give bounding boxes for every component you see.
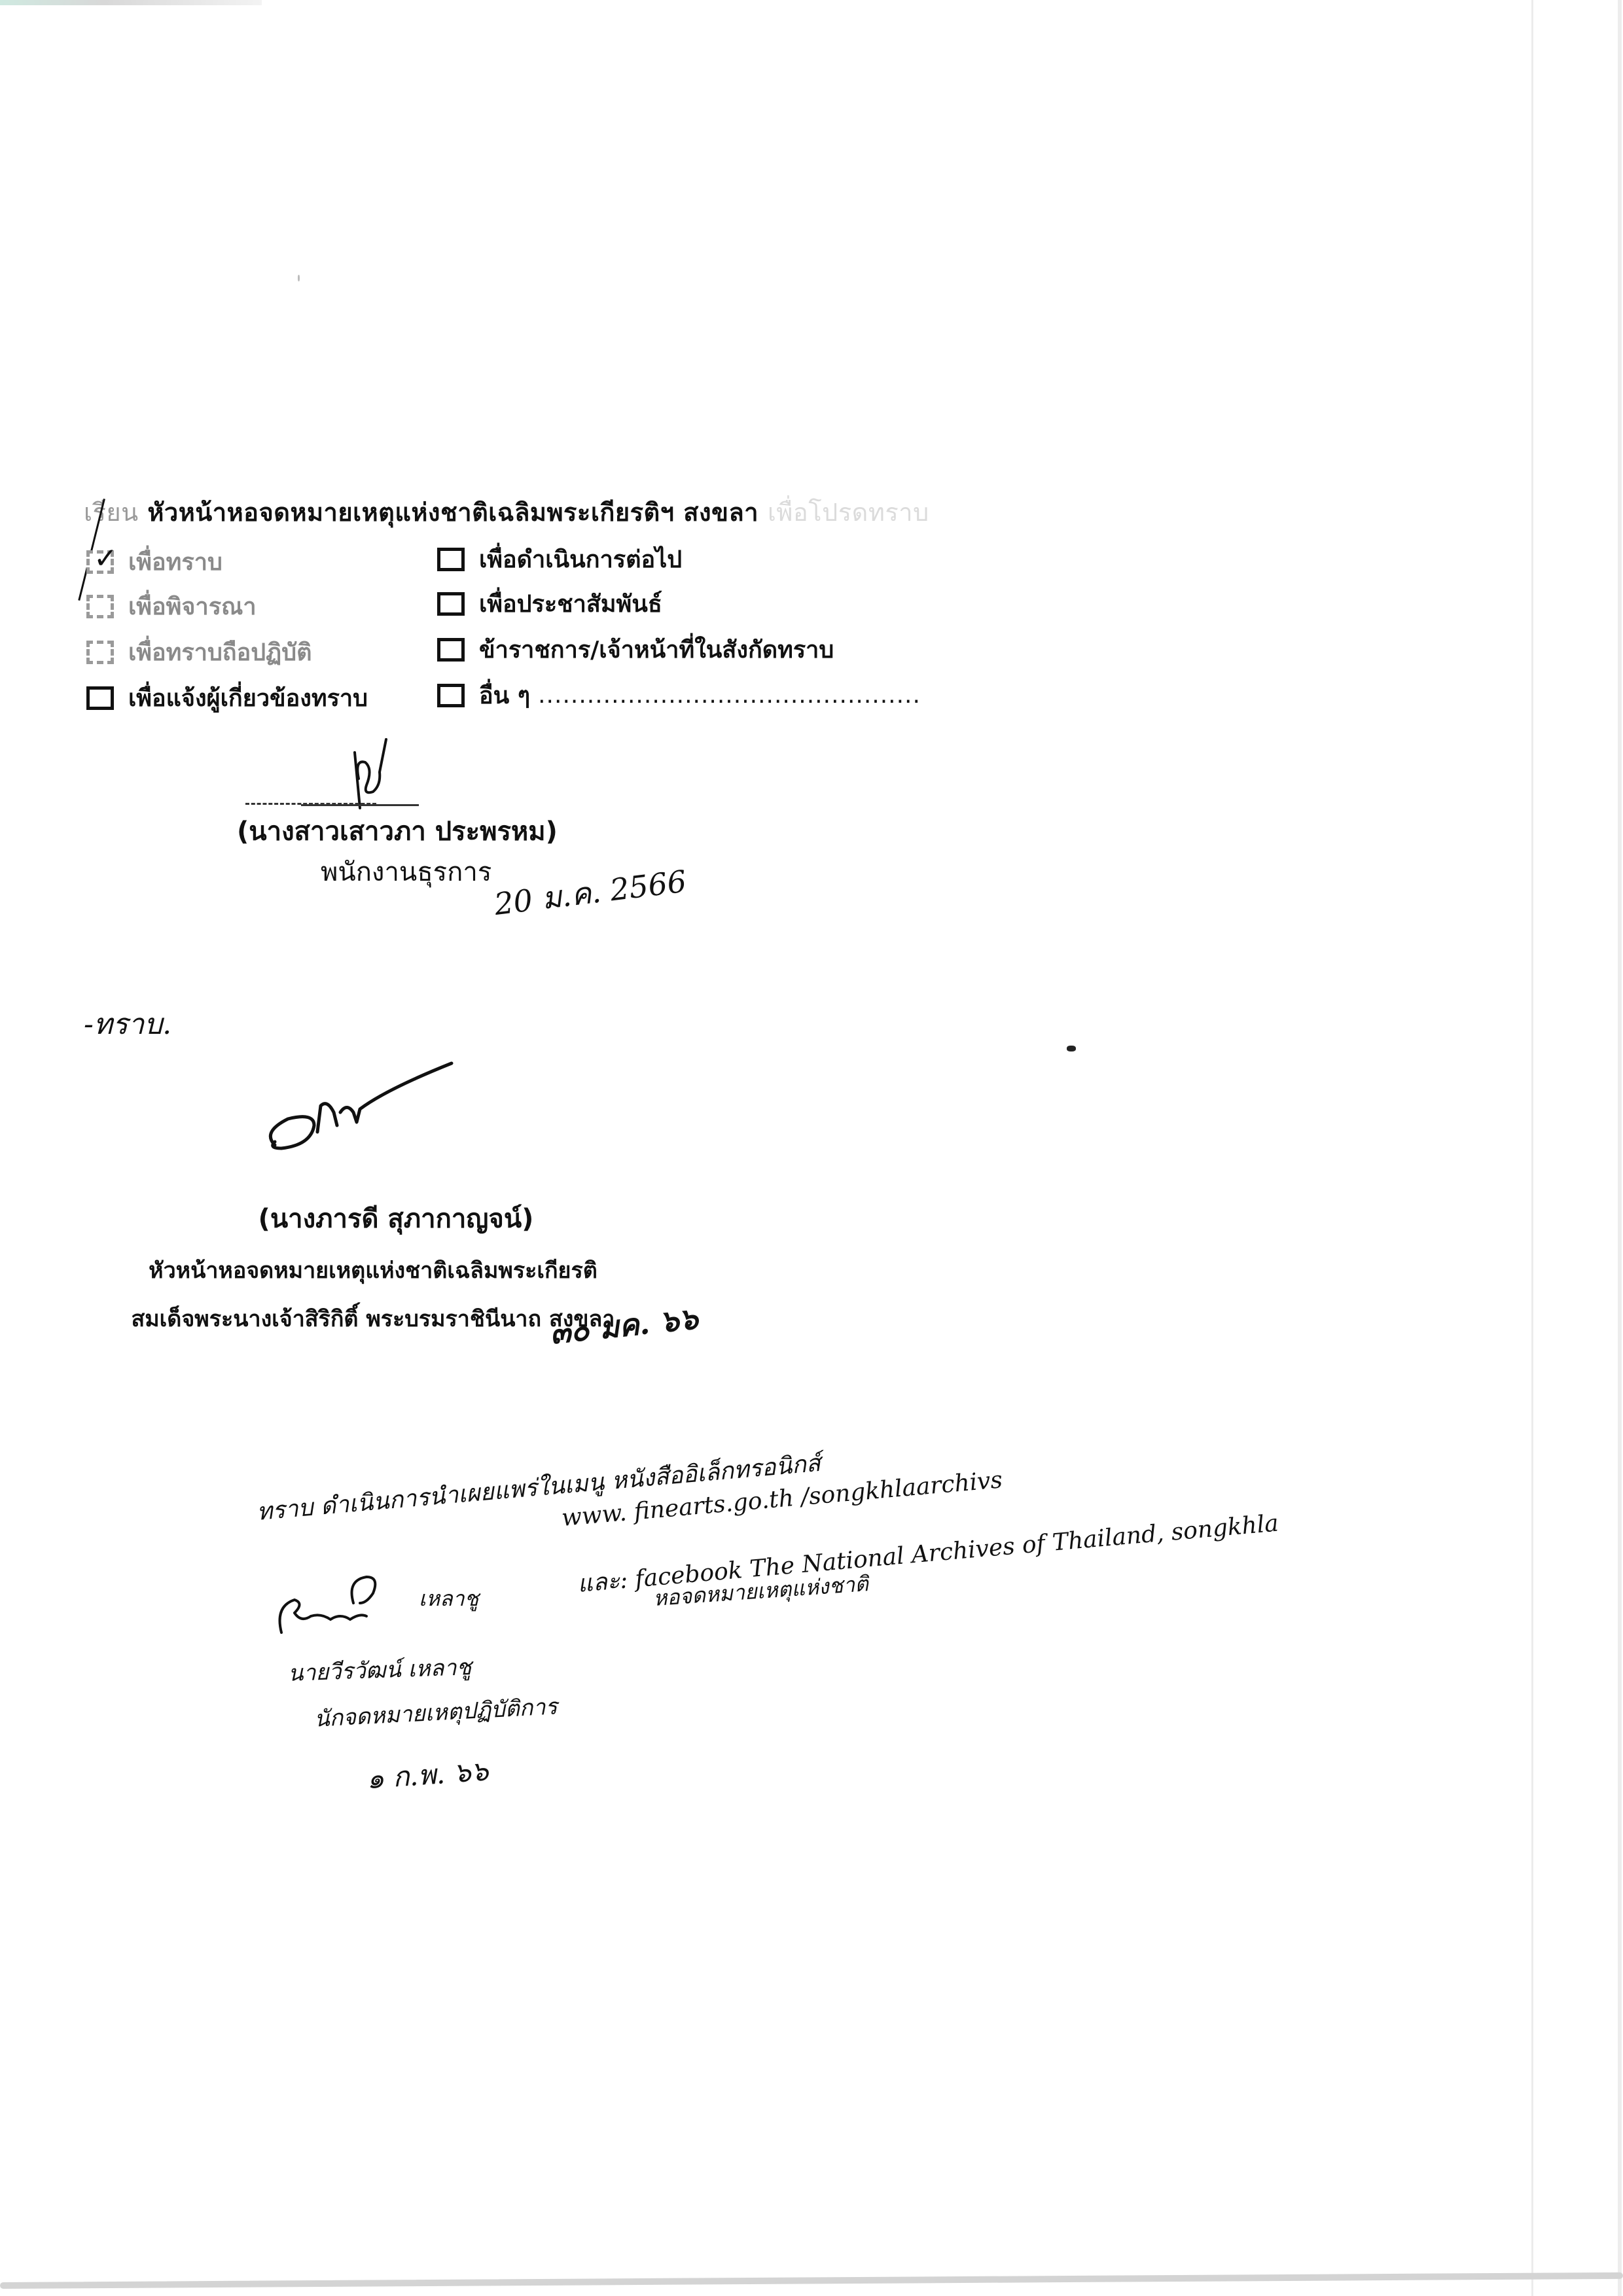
checkbox-box[interactable] (86, 595, 114, 618)
clerk-signature (340, 733, 412, 811)
checkbox-box[interactable] (437, 684, 465, 707)
clerk-title: พนักงานธุรการ (321, 851, 491, 892)
routing-recipient: หัวหน้าหอจดหมายเหตุแห่งชาติเฉลิมพระเกียร… (147, 498, 758, 527)
checkbox-label: อื่น ๆ (479, 677, 530, 714)
checkbox-label: เพื่อประชาสัมพันธ์ (479, 585, 662, 622)
routing-header: เรียน หัวหน้าหอจดหมายเหตุแห่งชาติเฉลิมพร… (84, 492, 929, 532)
scan-edge-right (1531, 0, 1533, 2296)
checkbox-box[interactable]: ✓ (86, 550, 114, 574)
checkbox-label: เพื่อดำเนินการต่อไป (479, 540, 682, 578)
checkbox-for-further-action[interactable]: เพื่อดำเนินการต่อไป (437, 540, 682, 578)
checkmark-icon: ✓ (94, 544, 118, 573)
checkbox-label: เพื่อแจ้งผู้เกี่ยวข้องทราบ (128, 679, 368, 716)
checkbox-box[interactable] (437, 548, 465, 571)
checkbox-box[interactable] (437, 592, 465, 616)
checkbox-label: ข้าราชการ/เจ้าหน้าที่ในสังกัดทราบ (479, 631, 834, 668)
scan-edge-bottom (0, 2272, 1623, 2289)
other-fill-line[interactable]: ........................................… (538, 682, 921, 709)
officer-name: นายวีรวัฒน์ เหลาชู (287, 1649, 472, 1691)
officer-date: ๑ ก.พ. ๖๖ (365, 1750, 490, 1801)
checkbox-label: เพื่อพิจารณา (128, 588, 257, 625)
checkbox-for-public-relations[interactable]: เพื่อประชาสัมพันธ์ (437, 585, 662, 622)
scan-edge-top (0, 0, 262, 5)
signature-line (301, 804, 419, 806)
clerk-date: 20 ม.ค. 2566 (491, 858, 689, 928)
checkbox-for-information[interactable]: ✓ เพื่อทราบ (86, 543, 223, 580)
handwritten-note-line1: ทราบ ดำเนินการนำเผยแพร่ในเมนู หนังสืออิเ… (255, 1444, 822, 1530)
scan-speck (1067, 1046, 1076, 1051)
clerk-name: (นางสาวเสาวภา ประพรหม) (237, 810, 558, 852)
checkbox-for-consideration[interactable]: เพื่อพิจารณา (86, 588, 257, 625)
checkbox-notify-related-parties[interactable]: เพื่อแจ้งผู้เกี่ยวข้องทราบ (86, 679, 368, 716)
routing-faded-tail: เพื่อโปรดทราบ (768, 498, 929, 527)
checkbox-for-compliance[interactable]: เพื่อทราบถือปฏิบัติ (86, 633, 312, 671)
checkbox-label: เพื่อทราบถือปฏิบัติ (128, 633, 312, 671)
officer-signed-surname: เหลาชู (419, 1582, 478, 1616)
director-name: (นางภารดี สุภากาญจน์) (151, 1197, 641, 1239)
checkbox-staff-informed[interactable]: ข้าราชการ/เจ้าหน้าที่ในสังกัดทราบ (437, 631, 834, 668)
director-signature (262, 1060, 484, 1158)
acknowledgement-note: -ทราบ. (84, 1001, 171, 1047)
scan-speck (298, 275, 300, 281)
checkbox-other[interactable]: อื่น ๆ .................................… (437, 677, 921, 714)
checkbox-box[interactable] (86, 686, 114, 710)
officer-title: นักจดหมายเหตุปฏิบัติการ (313, 1688, 558, 1736)
checkbox-box[interactable] (437, 638, 465, 662)
checkbox-label: เพื่อทราบ (128, 543, 223, 580)
scan-edge-right-outer (1618, 0, 1622, 2296)
checkbox-box[interactable] (86, 641, 114, 664)
routing-to-label: เรียน (84, 498, 139, 527)
director-title-line1: หัวหน้าหอจดหมายเหตุแห่งชาติเฉลิมพระเกียร… (105, 1252, 641, 1288)
officer-signature (275, 1567, 406, 1639)
